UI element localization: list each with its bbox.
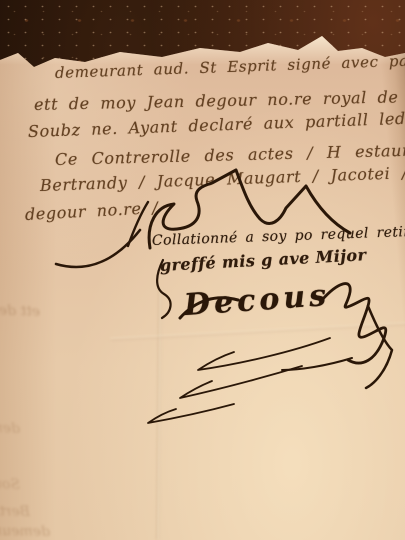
notary-annotation: greffé mis g ave Mijor: [160, 247, 367, 274]
bleed-through-text: Bertrandy / Jacque Maugart / Jacotei / —: [0, 500, 30, 519]
paper-sheet: Ce Contrerolle des actes / H estaurand —…: [0, 0, 405, 540]
paper-crease: [110, 322, 405, 341]
bleed-through-text: Soubz ne. Ayant declaré aux partiall led…: [0, 468, 20, 492]
notary-annotation: Collationné a soy po requel retiré —: [152, 224, 405, 248]
handwritten-line: Bertrandy / Jacque Maugart / Jacotei / —: [40, 164, 405, 194]
bleed-through-text: demeurant aud. St Esprit signé avec part…: [0, 412, 20, 436]
signature: Decous: [183, 281, 331, 321]
paper-crease: [156, 288, 162, 540]
handwritten-line: Ce Contrerolle des actes / H estaurand —: [55, 141, 405, 168]
handwritten-line: ett de moy Jean degour no.re royal de la…: [34, 87, 405, 113]
handwritten-line: degour no.re /: [25, 200, 159, 223]
handwritten-line: Soubz ne. Ayant declaré aux partiall led…: [28, 109, 405, 140]
bleed-through-text: demeurant aud. St Esprit signé avec part…: [0, 521, 50, 539]
bleed-through-text: ett de moy Jean degour no.re royal de la…: [0, 293, 40, 319]
handwritten-line: demeurant aud. St Esprit signé avec part…: [55, 52, 405, 81]
manuscript-photo: Ce Contrerolle des actes / H estaurand —…: [0, 0, 405, 540]
